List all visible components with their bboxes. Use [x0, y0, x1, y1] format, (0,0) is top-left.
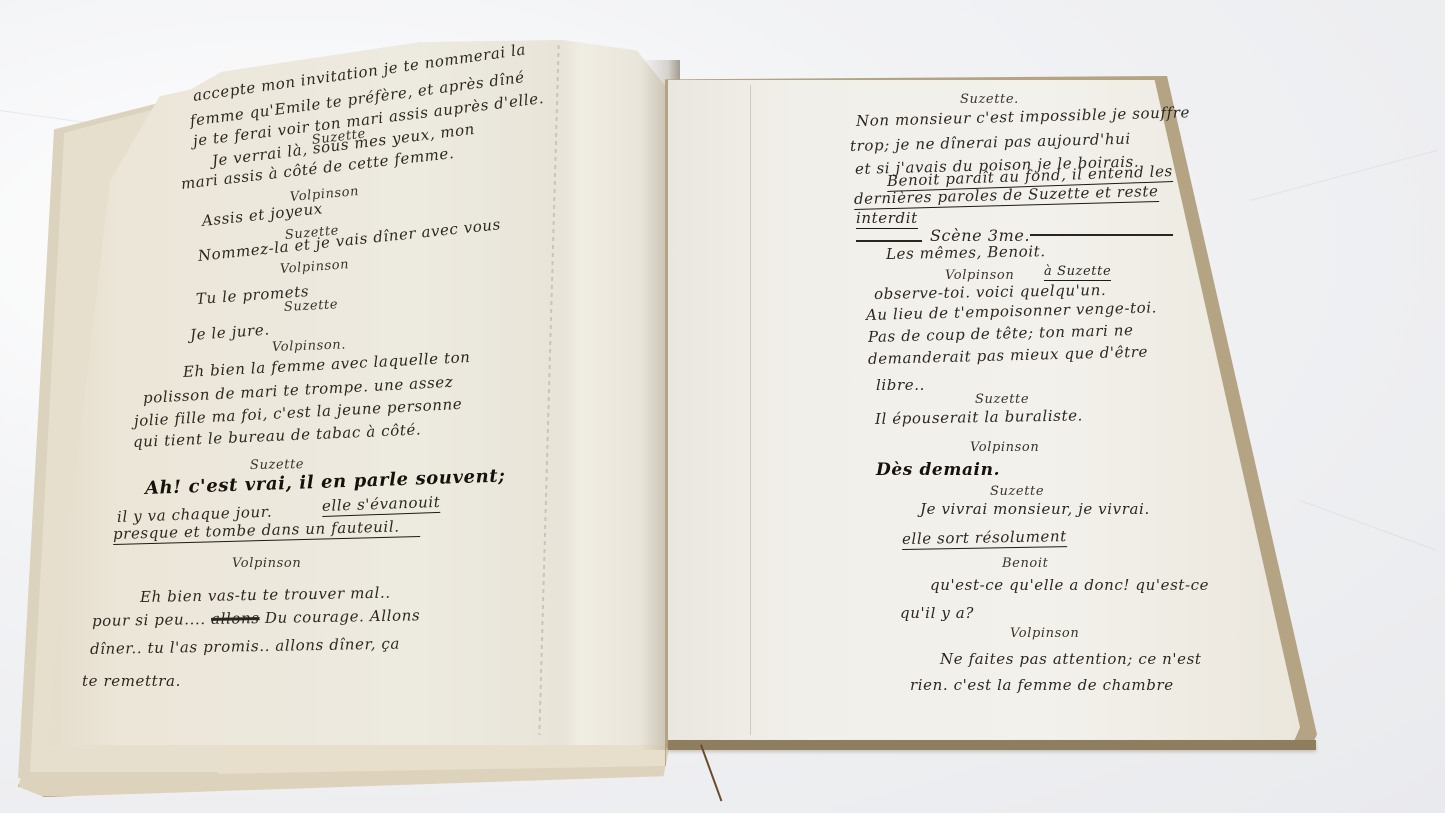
line-part: pour si peu.... [92, 610, 206, 630]
background-crease [1250, 150, 1439, 201]
manuscript-line: qu'est-ce qu'elle a donc! qu'est-ce [930, 576, 1209, 594]
stage-direction: elle s'évanouit [322, 493, 441, 517]
stage-direction: elle sort résolument [902, 527, 1067, 550]
speaker-name: Volpinson. [272, 337, 347, 355]
manuscript-line: Dès demain. [876, 460, 1000, 480]
stage-direction: à Suzette [1044, 264, 1111, 281]
speaker-name: Suzette [990, 484, 1044, 499]
manuscript-line: Il épouserait la buraliste. [875, 406, 1083, 428]
manuscript-line: Ne faites pas attention; ce n'est [940, 650, 1202, 668]
speaker-name: Volpinson [1010, 626, 1079, 641]
speaker-name: Suzette [975, 392, 1029, 407]
manuscript-line: rien. c'est la femme de chambre [910, 676, 1174, 694]
manuscript-line: Je vivrai monsieur, je vivrai. [920, 500, 1150, 518]
speaker-name: Volpinson [232, 556, 301, 571]
scene-rule-left [856, 240, 922, 242]
speaker-name: Volpinson [970, 440, 1039, 455]
speaker-name: Suzette. [960, 92, 1019, 107]
manuscript-line: libre.. [876, 376, 925, 394]
manuscript-line: te remettra. [82, 672, 181, 690]
background-crease [1300, 500, 1437, 551]
speaker-name: Volpinson [945, 268, 1014, 283]
manuscript-line: qu'il y a? [900, 604, 974, 622]
cast-line: Les mêmes, Benoit. [886, 242, 1046, 263]
speaker-name: Suzette [284, 297, 339, 315]
right-bottom-edge [668, 740, 1316, 750]
bookmark-ribbon [700, 744, 722, 801]
line-part: Du courage. Allons [265, 606, 421, 627]
speaker-name: Benoit [1002, 556, 1048, 571]
scene-rule-right [1030, 234, 1173, 236]
struck-out-word: allons [211, 609, 260, 628]
right-page-fold-line [750, 85, 751, 735]
speaker-name: Suzette [250, 457, 304, 473]
stage-direction: interdit [856, 209, 918, 229]
